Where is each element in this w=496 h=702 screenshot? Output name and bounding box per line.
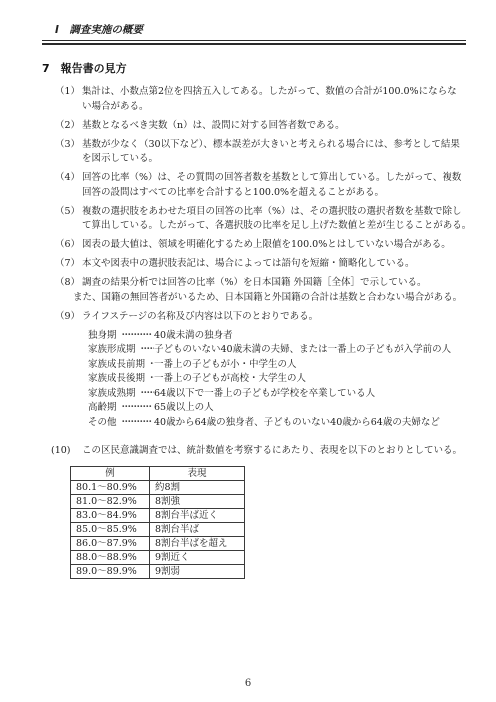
table-row: 88.0～88.9%9割近く: [71, 550, 245, 564]
lifestage-name: 家族成熟期: [88, 388, 136, 399]
lifestage-list: 独身期・・・・・・・・・・40歳未満の独身者 家族形成期・・・・・・子どものいな…: [42, 329, 466, 431]
dot-leader: ・・・・: [145, 373, 154, 384]
cell-range: 85.0～85.9%: [71, 522, 150, 536]
item-label: （3）: [55, 138, 82, 153]
lifestage-name: 家族形成期: [88, 344, 136, 355]
lifestage-row: その他・・・・・・・・・・40歳から64歳の独身者、子どものいない40歳から64…: [88, 416, 466, 431]
item-line: 回答の設問はすべての比率を合計すると100.0%を超えることがある。: [42, 186, 466, 201]
list-item-6: （6）図表の最大値は、領域を明確化するため上限値を100.0%とはしていない場合…: [42, 238, 466, 253]
item-line: (10)この区民意識調査では、統計数値を考察するにあたり、表現を以下のとおりとし…: [42, 444, 466, 459]
lifestage-row: 家族成長後期・・・・一番上の子どもが高校・大学生の人: [88, 372, 466, 387]
item-text: 回答の比率（%）は、その質問の回答者数を基数として算出している。したがって、複数: [82, 172, 461, 183]
item-text: 本文や図表中の選択肢表記は、場合によっては語句を短縮・簡略化している。: [82, 258, 415, 269]
item-line: （9）ライフステージの名称及び内容は以下のとおりである。: [42, 310, 466, 325]
cell-expression: 8割台半ば近く: [150, 508, 245, 522]
item-line: い場合がある。: [42, 100, 466, 115]
dot-leader: ・・・・: [145, 359, 154, 370]
lifestage-lead: 家族成熟期・・・・・・: [88, 387, 154, 402]
lifestage-desc: 40歳未満の独身者: [154, 330, 233, 341]
cell-expression: 約8割: [150, 480, 245, 494]
table-row: 85.0～85.9%8割台半ば: [71, 522, 245, 536]
lifestage-desc: 40歳から64歳の独身者、子どものいない40歳から64歳の夫婦など: [154, 417, 440, 428]
item-label: （5）: [55, 205, 82, 220]
cell-range: 83.0～84.9%: [71, 508, 150, 522]
item-text: ライフステージの名称及び内容は以下のとおりである。: [82, 311, 318, 322]
cell-range: 81.0～82.9%: [71, 494, 150, 508]
lifestage-lead: 家族形成期・・・・・・: [88, 343, 154, 358]
header-divider: [42, 40, 466, 45]
list-item-10: (10)この区民意識調査では、統計数値を考察するにあたり、表現を以下のとおりとし…: [42, 444, 466, 459]
list-item-5: （5）複数の選択肢をあわせた項目の回答の比率（%）は、その選択肢の選択者数を基数…: [42, 205, 466, 234]
lifestage-lead: 家族成長後期・・・・: [88, 372, 154, 387]
cell-expression: 9割弱: [150, 564, 245, 578]
item-text: この区民意識調査では、統計数値を考察するにあたり、表現を以下のとおりとしている。: [82, 445, 462, 456]
chapter-title: Ⅰ 調査実施の概要: [55, 22, 466, 37]
item-line: （3）基数が少なく（30以下など）、標本誤差が大きいと考えられる場合には、参考と…: [42, 138, 466, 153]
lifestage-name: 高齢期: [88, 402, 117, 413]
item-label: （8）: [55, 276, 82, 291]
table-header-row: 例 表現: [71, 466, 245, 480]
item-line: （8）調査の結果分析では回答の比率（%）を日本国籍 外国籍［全体］で示している。: [42, 276, 466, 291]
item-line: （4）回答の比率（%）は、その質問の回答者数を基数として算出している。したがって…: [42, 171, 466, 186]
item-line: を図示している。: [42, 152, 466, 167]
item-line: （6）図表の最大値は、領域を明確化するため上限値を100.0%とはしていない場合…: [42, 238, 466, 253]
item-label: (10): [51, 444, 82, 459]
list-item-4: （4）回答の比率（%）は、その質問の回答者数を基数として算出している。したがって…: [42, 171, 466, 200]
section-title: 7 報告書の見方: [42, 60, 466, 76]
list-item-9: （9）ライフステージの名称及び内容は以下のとおりである。: [42, 310, 466, 325]
item-text: 基数となるべき実数（n）は、設問に対する回答者数である。: [82, 120, 345, 131]
dot-leader: ・・・・・・: [136, 344, 154, 355]
lifestage-name: 家族成長後期: [88, 373, 145, 384]
dot-leader: ・・・・・・・・・・: [117, 417, 149, 428]
item-line: （2）基数となるべき実数（n）は、設問に対する回答者数である。: [42, 119, 466, 134]
item-text: 集計は、小数点第2位を四捨五入してある。したがって、数値の合計が100.0%にな…: [82, 86, 457, 97]
dot-leader: ・・・・・・・・・・: [117, 330, 149, 341]
lifestage-desc: 一番上の子どもが小・中学生の人: [154, 359, 297, 370]
lifestage-lead: 独身期・・・・・・・・・・: [88, 329, 154, 344]
item-text: 基数が少なく（30以下など）、標本誤差が大きいと考えられる場合には、参考として結…: [82, 139, 460, 150]
lifestage-desc: 64歳以下で一番上の子どもが学校を卒業している人: [154, 388, 375, 399]
item-label: （9）: [55, 310, 82, 325]
list-item-3: （3）基数が少なく（30以下など）、標本誤差が大きいと考えられる場合には、参考と…: [42, 138, 466, 167]
column-header-example: 例: [71, 466, 150, 480]
list-item-2: （2）基数となるべき実数（n）は、設問に対する回答者数である。: [42, 119, 466, 134]
document-header: Ⅰ 調査実施の概要: [42, 22, 466, 45]
lifestage-row: 家族成熟期・・・・・・64歳以下で一番上の子どもが学校を卒業している人: [88, 387, 466, 402]
list-item-7: （7）本文や図表中の選択肢表記は、場合によっては語句を短縮・簡略化している。: [42, 257, 466, 272]
list-item-1: （1）集計は、小数点第2位を四捨五入してある。したがって、数値の合計が100.0…: [42, 85, 466, 114]
table-row: 81.0～82.9%8割強: [71, 494, 245, 508]
item-label: （4）: [55, 171, 82, 186]
cell-expression: 8割台半ばを超え: [150, 536, 245, 550]
item-label: （7）: [55, 257, 82, 272]
table-row: 80.1～80.9%約8割: [71, 480, 245, 494]
cell-range: 80.1～80.9%: [71, 480, 150, 494]
item-text: 調査の結果分析では回答の比率（%）を日本国籍 外国籍［全体］で示している。: [82, 277, 427, 288]
table-row: 89.0～89.9%9割弱: [71, 564, 245, 578]
item-label: （1）: [55, 85, 82, 100]
item-label: （2）: [55, 119, 82, 134]
expression-table: 例 表現 80.1～80.9%約8割 81.0～82.9%8割強 83.0～84…: [70, 466, 245, 579]
item-line: （7）本文や図表中の選択肢表記は、場合によっては語句を短縮・簡略化している。: [42, 257, 466, 272]
list-item-8: （8）調査の結果分析では回答の比率（%）を日本国籍 外国籍［全体］で示している。…: [42, 276, 466, 305]
lifestage-lead: 高齢期・・・・・・・・・・: [88, 401, 154, 416]
cell-range: 88.0～88.9%: [71, 550, 150, 564]
lifestage-row: 家族形成期・・・・・・子どものいない40歳未満の夫婦、または一番上の子どもが入学…: [88, 343, 466, 358]
lifestage-row: 家族成長前期・・・・一番上の子どもが小・中学生の人: [88, 358, 466, 373]
lifestage-lead: 家族成長前期・・・・: [88, 358, 154, 373]
page-number: 6: [0, 678, 496, 689]
lifestage-lead: その他・・・・・・・・・・: [88, 416, 154, 431]
item-text: 図表の最大値は、領域を明確化するため上限値を100.0%とはしていない場合がある…: [82, 239, 451, 250]
item-note-line: また、国籍の無回答者がいるため、日本国籍と外国籍の合計は基数と合わない場合がある…: [42, 291, 466, 306]
lifestage-desc: 65歳以上の人: [154, 402, 214, 413]
dot-leader: ・・・・・・: [136, 388, 154, 399]
notes-list: （1）集計は、小数点第2位を四捨五入してある。したがって、数値の合計が100.0…: [42, 85, 466, 579]
cell-range: 86.0～87.9%: [71, 536, 150, 550]
item-text: 複数の選択肢をあわせた項目の回答の比率（%）は、その選択肢の選択者数を基数で除し: [82, 206, 462, 217]
cell-range: 89.0～89.9%: [71, 564, 150, 578]
cell-expression: 8割強: [150, 494, 245, 508]
table-row: 83.0～84.9%8割台半ば近く: [71, 508, 245, 522]
cell-expression: 8割台半ば: [150, 522, 245, 536]
item-line: （5）複数の選択肢をあわせた項目の回答の比率（%）は、その選択肢の選択者数を基数…: [42, 205, 466, 220]
document-page: Ⅰ 調査実施の概要 7 報告書の見方 （1）集計は、小数点第2位を四捨五入してあ…: [0, 0, 496, 702]
dot-leader: ・・・・・・・・・・: [117, 402, 149, 413]
lifestage-name: その他: [88, 417, 117, 428]
item-line: （1）集計は、小数点第2位を四捨五入してある。したがって、数値の合計が100.0…: [42, 85, 466, 100]
lifestage-row: 独身期・・・・・・・・・・40歳未満の独身者: [88, 329, 466, 344]
table-row: 86.0～87.9%8割台半ばを超え: [71, 536, 245, 550]
item-line: て算出している。したがって、各選択肢の比率を足し上げた数値と差が生じることがある…: [42, 219, 466, 234]
lifestage-desc: 子どものいない40歳未満の夫婦、または一番上の子どもが入学前の人: [154, 344, 451, 355]
lifestage-desc: 一番上の子どもが高校・大学生の人: [154, 373, 306, 384]
item-label: （6）: [55, 238, 82, 253]
lifestage-name: 独身期: [88, 330, 117, 341]
column-header-expression: 表現: [150, 466, 245, 480]
cell-expression: 9割近く: [150, 550, 245, 564]
lifestage-row: 高齢期・・・・・・・・・・65歳以上の人: [88, 401, 466, 416]
lifestage-name: 家族成長前期: [88, 359, 145, 370]
